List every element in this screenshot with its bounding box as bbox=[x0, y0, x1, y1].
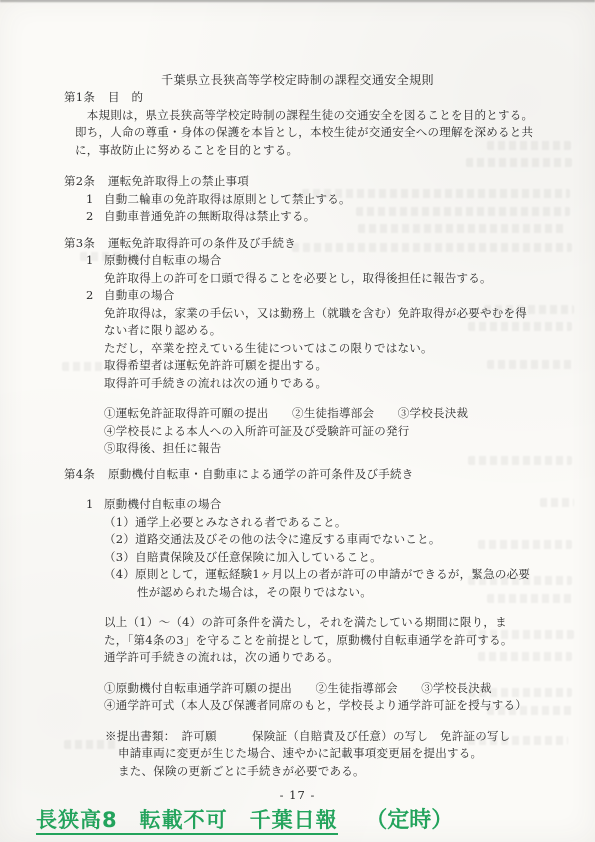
text-line: 取得許可手続きの流れは次の通りである。 bbox=[104, 375, 595, 393]
stamp-main-text: 長狭高8 転載不可 千葉日報 bbox=[36, 808, 338, 835]
text-line: 免許取得上の許可を口頭で得ることを必要とし，取得後担任に報告する。 bbox=[104, 270, 595, 288]
text-line: （1）通学上必要とみなされる者であること。 bbox=[104, 514, 595, 532]
text-line: 取得希望者は運転免許許可願を提出する。 bbox=[104, 357, 595, 375]
item-number: 2 bbox=[86, 208, 104, 226]
text-line: ①運転免許証取得許可願の提出 ②生徒指導部会 ③学校長決裁 bbox=[104, 405, 595, 423]
article-heading: 第4条原動機付自転車・自動車による通学の許可条件及び手続き bbox=[64, 466, 595, 484]
scanned-document-page: 千葉県立長狭高等学校定時制の課程交通安全規則 第1条目 的 本規則は，県立長狭高… bbox=[0, 0, 595, 842]
article: 第2条運転免許取得上の禁止事項1自動二輪車の免許取得は原則として禁止する。2自動… bbox=[0, 173, 595, 226]
item-text: 自動二輪車の免許取得は原則として禁止する。 bbox=[104, 192, 351, 206]
text-line: 1自動二輪車の免許取得は原則として禁止する。 bbox=[86, 191, 595, 209]
article-number: 第3条 bbox=[64, 235, 108, 253]
item-text: 自動車普通免許の無断取得は禁止する。 bbox=[104, 209, 316, 223]
text-line: 性が認められた場合は，その限りではない。 bbox=[137, 584, 595, 602]
text-line: ※提出書類： 許可願 保険証（自賠責及び任意）の写し 免許証の写し bbox=[105, 728, 595, 746]
text-line: ⑤取得後、担任に報告 bbox=[104, 440, 595, 458]
text-line: ただし，卒業を控えている生徒についてはこの限りではない。 bbox=[104, 340, 595, 358]
text-line: 2自動車普通免許の無断取得は禁止する。 bbox=[86, 208, 595, 226]
text-line: 通学許可手続きの流れは，次の通りである。 bbox=[104, 649, 595, 667]
blank-line bbox=[0, 667, 595, 680]
text-line: ①原動機付自転車通学許可願の提出 ②生徒指導部会 ③学校長決裁 bbox=[104, 680, 595, 698]
article-number: 第4条 bbox=[64, 466, 108, 484]
document: 千葉県立長狭高等学校定時制の課程交通安全規則 第1条目 的 本規則は，県立長狭高… bbox=[0, 0, 595, 804]
text-line: 1原動機付自転車の場合 bbox=[86, 496, 595, 514]
article-title: 目 的 bbox=[108, 90, 143, 104]
blank-line bbox=[0, 715, 595, 728]
article-heading: 第3条運転免許取得許可の条件及び手続き bbox=[64, 235, 595, 253]
text-line: また、保険の更新ごとに手続きが必要である。 bbox=[118, 763, 595, 781]
article: 第4条原動機付自転車・自動車による通学の許可条件及び手続き1原動機付自転車の場合… bbox=[0, 466, 595, 781]
blank-line bbox=[0, 392, 595, 405]
stamp-suffix-text: （定時） bbox=[365, 808, 453, 833]
text-line: （4）原則として，運転経験1ヶ月以上の者が許可の申請ができるが，緊急の必要 bbox=[104, 566, 595, 584]
article-title: 運転免許取得上の禁止事項 bbox=[108, 174, 249, 188]
text-line: に，事故防止に努めることを目的とする。 bbox=[75, 142, 595, 160]
text-line: 本規則は，県立長狭高等学校定時制の課程生徒の交通安全を図ることを目的とする。 bbox=[75, 107, 595, 125]
text-line: （3）自賠責保険及び任意保険に加入していること。 bbox=[104, 549, 595, 567]
item-text: 原動機付自転車の場合 bbox=[104, 497, 222, 511]
item-text: 原動機付自転車の場合 bbox=[104, 253, 222, 267]
blank-line bbox=[0, 483, 595, 496]
item-number: 1 bbox=[86, 252, 104, 270]
text-line: 2自動車の場合 bbox=[86, 287, 595, 305]
text-line: 以上（1）～（4）の許可条件を満たし，それを満たしている期間に限り，ま bbox=[104, 614, 595, 632]
text-line: ない者に限り認める。 bbox=[104, 322, 595, 340]
text-line: た，「第4条の3」を守ることを前提として，原動機付自転車通学を許可する。 bbox=[104, 632, 595, 650]
copyright-stamp: 長狭高8 転載不可 千葉日報 （定時） bbox=[36, 803, 576, 834]
text-line: 1原動機付自転車の場合 bbox=[86, 252, 595, 270]
text-line: ④通学許可式（本人及び保護者同席のもと，学校長より通学許可証を授与する） bbox=[104, 697, 595, 715]
text-line: （2）道路交通法及びその他の法令に違反する車両でないこと。 bbox=[104, 531, 595, 549]
text-line: 即ち，人命の尊重・身体の保護を本旨とし，本校生徒が交通安全への理解を深めると共 bbox=[75, 124, 595, 142]
item-text: 自動車の場合 bbox=[104, 288, 175, 302]
blank-line bbox=[0, 601, 595, 614]
item-number: 1 bbox=[86, 191, 104, 209]
item-number: 1 bbox=[86, 496, 104, 514]
text-line: 申請車両に変更が生じた場合、速やかに記載事項変更届を提出する。 bbox=[118, 745, 595, 763]
page-number: - 17 - bbox=[0, 786, 595, 804]
article-number: 第1条 bbox=[64, 89, 108, 107]
article-number: 第2条 bbox=[64, 173, 108, 191]
article-heading: 第1条目 的 bbox=[64, 89, 595, 107]
article-title: 原動機付自転車・自動車による通学の許可条件及び手続き bbox=[108, 467, 414, 481]
article: 第3条運転免許取得許可の条件及び手続き1原動機付自転車の場合免許取得上の許可を口… bbox=[0, 235, 595, 458]
text-line: ④学校長による本人への入所許可証及び受験許可証の発行 bbox=[104, 423, 595, 441]
article-heading: 第2条運転免許取得上の禁止事項 bbox=[64, 173, 595, 191]
article: 第1条目 的 本規則は，県立長狭高等学校定時制の課程生徒の交通安全を図ることを目… bbox=[0, 89, 595, 159]
text-line: 免許取得は，家業の手伝い，又は勤務上（就職を含む）免許取得が必要やむを得 bbox=[104, 305, 595, 323]
document-body: 第1条目 的 本規則は，県立長狭高等学校定時制の課程生徒の交通安全を図ることを目… bbox=[0, 89, 595, 780]
item-number: 2 bbox=[86, 287, 104, 305]
document-title: 千葉県立長狭高等学校定時制の課程交通安全規則 bbox=[0, 71, 595, 89]
article-title: 運転免許取得許可の条件及び手続き bbox=[108, 236, 296, 250]
